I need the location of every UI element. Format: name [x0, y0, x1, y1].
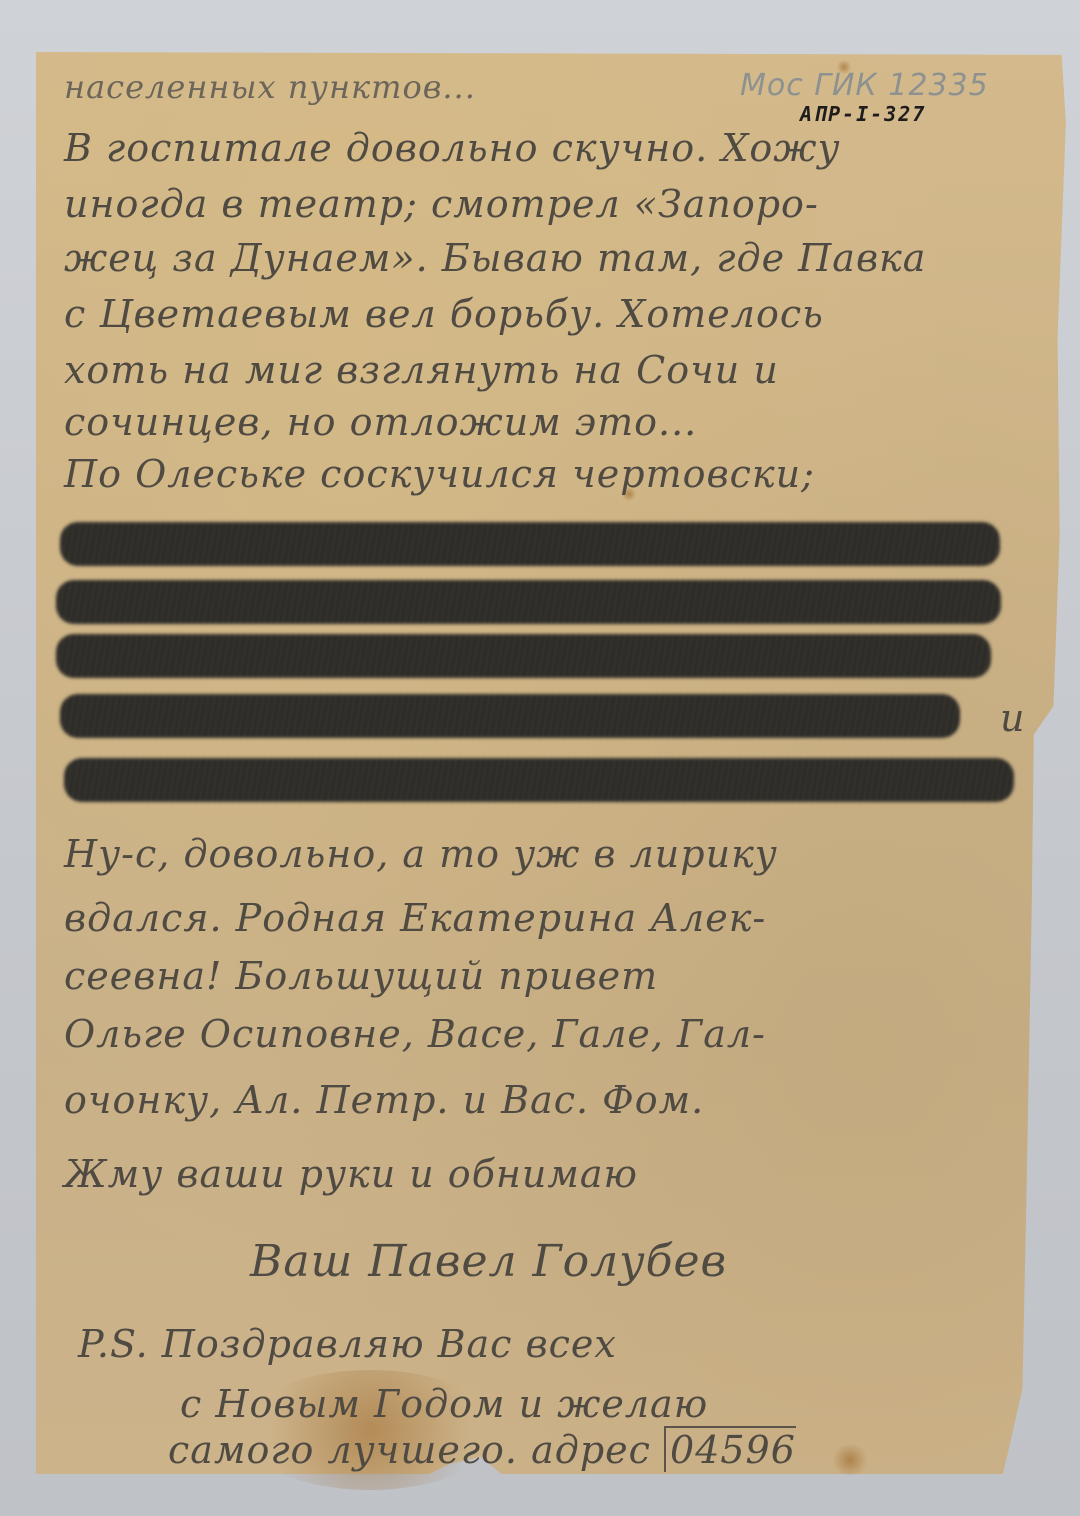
redacted-line-3: [56, 634, 991, 678]
letter-line-7: сочинцев, но отложим это...: [64, 400, 697, 444]
postscript-line-2: с Новым Годом и желаю: [180, 1382, 708, 1426]
letter-line-10: вдался. Родная Екатерина Алек-: [64, 896, 766, 940]
address-number: 04596: [664, 1426, 796, 1472]
rust-stain-small: [830, 1445, 870, 1475]
letter-line-14: Жму ваши руки и обнимаю: [64, 1152, 638, 1196]
letter-line-8: По Олеське соскучился чертовски;: [64, 452, 815, 496]
signature: Ваш Павел Голубев: [250, 1236, 727, 1287]
letter-line-3: иногда в театр; смотрел «Запоро-: [64, 182, 819, 226]
letter-line-1: населенных пунктов...: [64, 68, 476, 106]
letter-line-5: с Цветаевым вел борьбу. Хотелось: [64, 292, 824, 336]
letter-line-4: жец за Дунаем». Бываю там, где Павка: [64, 236, 926, 280]
letter-line-11: сеевна! Большущий привет: [64, 954, 658, 998]
postscript-line-3: самого лучшего. адрес 04596: [168, 1428, 796, 1472]
redacted-line-2: [56, 580, 1001, 624]
redacted-line-4: [60, 694, 960, 738]
postscript-line-3-text: самого лучшего. адрес: [168, 1428, 651, 1472]
redacted-line-1: [60, 522, 1000, 566]
postscript-line-1: P.S. Поздравляю Вас всех: [78, 1322, 617, 1366]
letter-line-2: В госпитале довольно скучно. Хожу: [64, 126, 841, 170]
redacted-line-5: [64, 758, 1014, 802]
archive-code: Мос ГИК 12335: [740, 68, 989, 103]
redaction-trailing-letter: и: [1000, 696, 1025, 740]
letter-line-9: Ну-с, довольно, а то уж в лирику: [64, 832, 778, 876]
letter-line-13: очонку, Ал. Петр. и Вас. Фом.: [64, 1078, 704, 1122]
archive-stamp: АПР-I-327: [800, 102, 926, 126]
letter-line-6: хоть на миг взглянуть на Сочи и: [64, 348, 779, 392]
letter-line-12: Ольге Осиповне, Васе, Гале, Гал-: [64, 1012, 766, 1056]
